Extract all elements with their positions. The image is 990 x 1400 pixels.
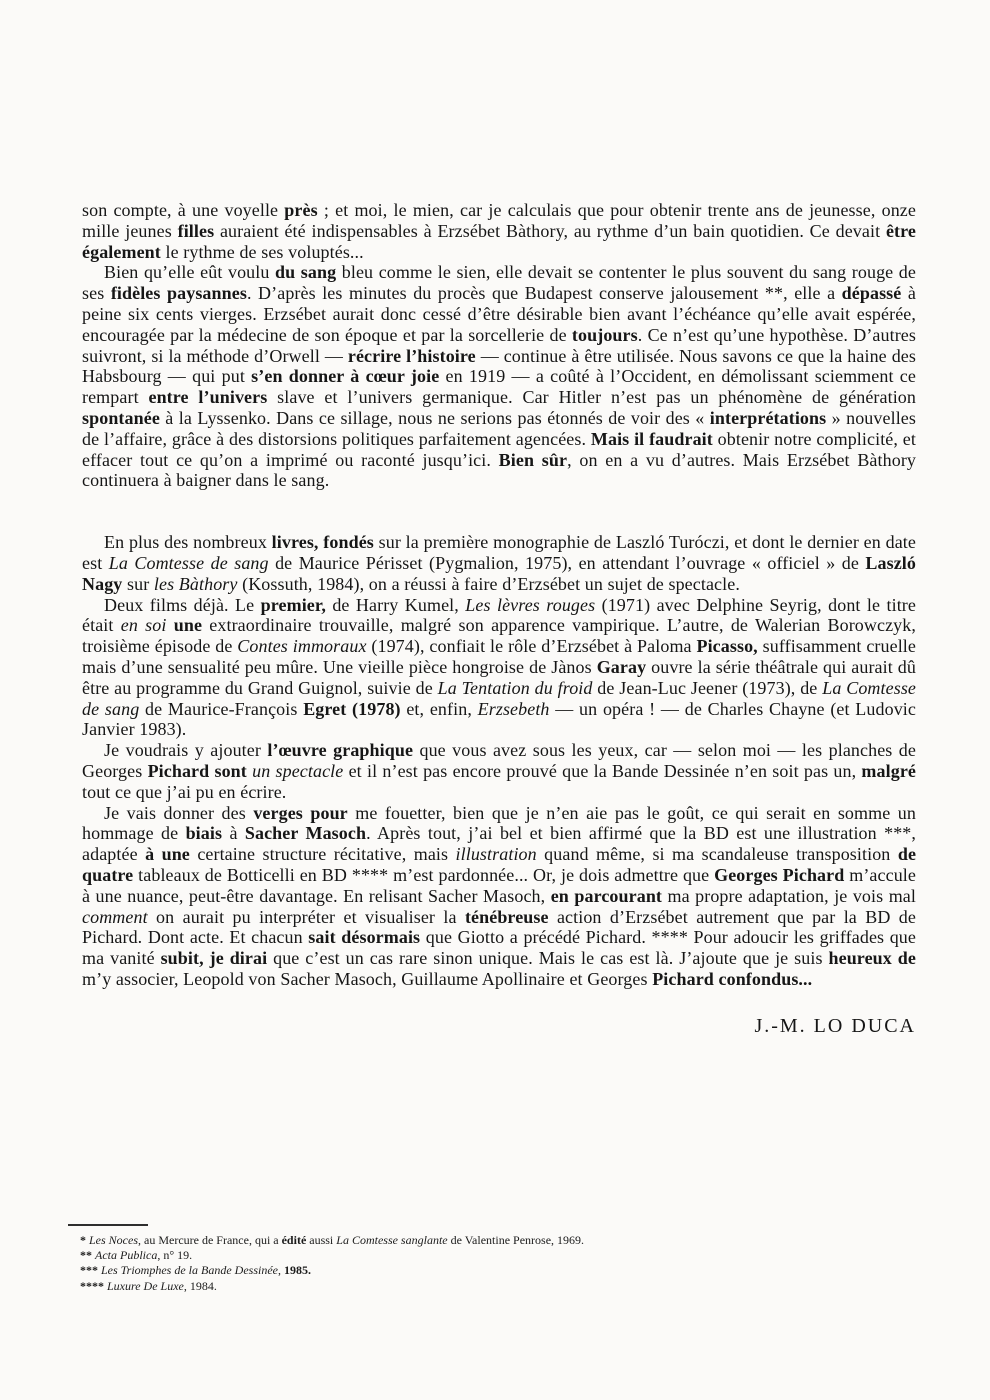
- paragraph-sang-bleu: Bien qu’elle eût voulu du sang bleu comm…: [82, 262, 916, 491]
- footnote-3: *** Les Triomphes de la Bande Dessinée, …: [68, 1263, 828, 1278]
- author-signature: J.-M. LO DUCA: [82, 1016, 916, 1037]
- footnotes-section: * Les Noces, au Mercure de France, qui a…: [68, 1224, 828, 1294]
- footnote-2: ** Acta Publica, n° 19.: [68, 1248, 828, 1263]
- paragraph-livres: En plus des nombreux livres, fondés sur …: [82, 532, 916, 594]
- footnote-1: * Les Noces, au Mercure de France, qui a…: [68, 1233, 828, 1248]
- footnote-divider: [68, 1224, 148, 1226]
- paragraph-oeuvre-graphique: Je voudrais y ajouter l’œuvre graphique …: [82, 740, 916, 802]
- paragraph-continuation: son compte, à une voyelle près ; et moi,…: [82, 200, 916, 262]
- scanned-document-page: son compte, à une voyelle près ; et moi,…: [0, 0, 990, 1400]
- paragraph-verges: Je vais donner des verges pour me fouett…: [82, 803, 916, 990]
- body-text: son compte, à une voyelle près ; et moi,…: [82, 200, 916, 1036]
- footnote-4: **** Luxure De Luxe, 1984.: [68, 1279, 828, 1294]
- paragraph-deux-films: Deux films déjà. Le premier, de Harry Ku…: [82, 595, 916, 741]
